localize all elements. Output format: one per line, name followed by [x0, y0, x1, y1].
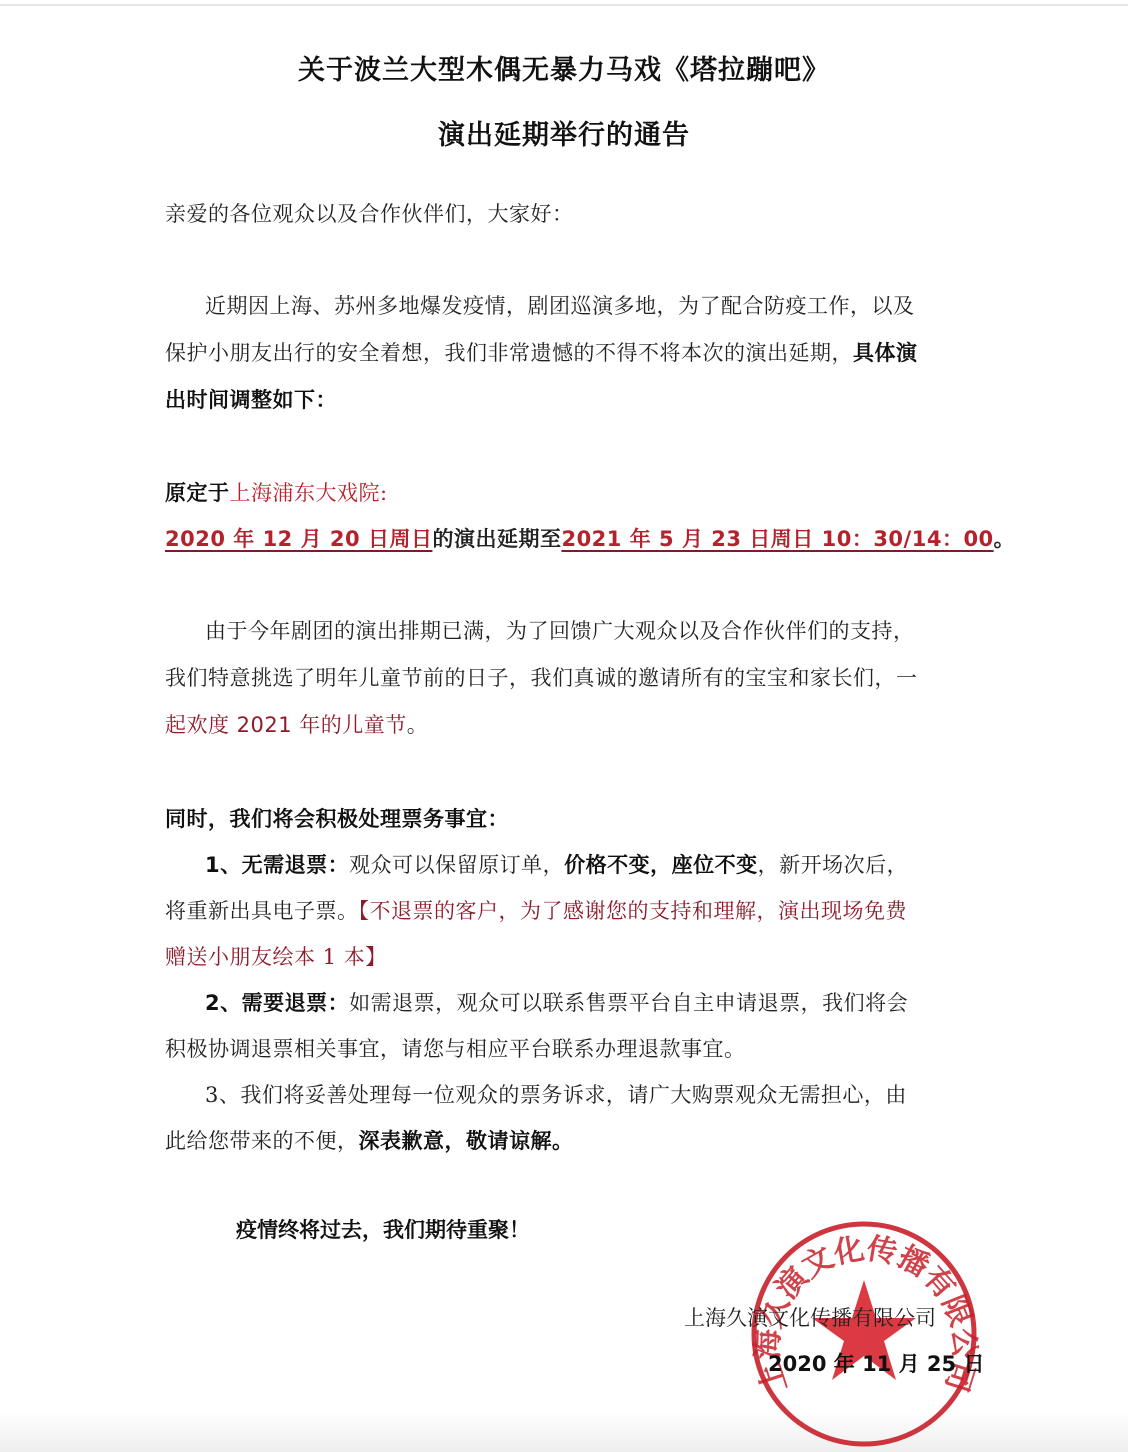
- para2-line2: 我们特意挑选了明年儿童节前的日子，我们真诚的邀请所有的宝宝和家长们，一: [165, 663, 918, 693]
- item1-label: 无需退票：: [242, 853, 350, 877]
- para2-line3-end: 。: [407, 713, 429, 737]
- item2-label: 需要退票：: [242, 991, 350, 1015]
- item1-text-a: 观众可以保留原订单，: [349, 853, 564, 877]
- item3-line1: 3、我们将妥善处理每一位观众的票务诉求，请广大购票观众无需担心，由: [205, 1080, 907, 1110]
- ticketing-heading: 同时，我们将会积极处理票务事宜：: [165, 804, 509, 834]
- schedule-label: 原定于: [165, 481, 230, 505]
- para1-line1: 近期因上海、苏州多地爆发疫情，剧团巡演多地，为了配合防疫工作，以及: [205, 291, 915, 321]
- item3-line2-bold: 深表歉意，敬请谅解。: [359, 1129, 574, 1153]
- para1-line3: 出时间调整如下：: [165, 385, 337, 415]
- item1-line3: 赠送小朋友绘本 1 本】: [165, 942, 387, 972]
- original-date: 2020 年 12 月 20 日周日: [165, 527, 432, 551]
- schedule-venue-line: 原定于上海浦东大戏院:: [165, 478, 388, 508]
- para1-line2-text: 保护小朋友出行的安全着想，我们非常遗憾的不得不将本次的演出延期，: [165, 341, 853, 365]
- item2-line1: 2、需要退票：如需退票，观众可以联系售票平台自主申请退票，我们将会: [205, 988, 908, 1018]
- item1-line2-red: 【不退票的客户，为了感谢您的支持和理解，演出现场免费: [359, 899, 908, 923]
- para2-line3: 起欢度 2021 年的儿童节。: [165, 710, 428, 740]
- item1-number: 1、: [205, 853, 242, 877]
- red-star-seal-icon: 上海久演文化传播有限公司: [748, 1218, 980, 1450]
- item1-line1: 1、无需退票：观众可以保留原订单，价格不变，座位不变，新开场次后，: [205, 850, 908, 880]
- schedule-dates-line: 2020 年 12 月 20 日周日的演出延期至2021 年 5 月 23 日周…: [165, 524, 1015, 554]
- item3-line2: 此给您带来的不便，深表歉意，敬请谅解。: [165, 1126, 574, 1156]
- item1-bold-a: 价格不变，座位不变: [564, 853, 758, 877]
- title-line-2: 演出延期举行的通告: [0, 113, 1128, 152]
- para1-line2: 保护小朋友出行的安全着想，我们非常遗憾的不得不将本次的演出延期，具体演: [165, 338, 918, 368]
- item2-number: 2、: [205, 991, 242, 1015]
- item1-text-b: ，新开场次后，: [758, 853, 909, 877]
- schedule-middle: 的演出延期至: [432, 527, 561, 551]
- signature-company: 上海久演文化传播有限公司: [684, 1302, 936, 1332]
- item1-line2-text: 将重新出具电子票。: [165, 899, 359, 923]
- schedule-end: 。: [994, 527, 1016, 551]
- item3-line2-text: 此给您带来的不便，: [165, 1129, 359, 1153]
- greeting: 亲爱的各位观众以及合作伙伴们，大家好：: [165, 199, 574, 229]
- schedule-venue: 上海浦东大戏院:: [230, 481, 388, 505]
- para1-line2-bold: 具体演: [853, 341, 918, 365]
- para2-line3-red: 起欢度 2021 年的儿童节: [165, 713, 407, 737]
- item1-line2: 将重新出具电子票。【不退票的客户，为了感谢您的支持和理解，演出现场免费: [165, 896, 907, 926]
- closing-line: 疫情终将过去，我们期待重聚！: [236, 1214, 530, 1244]
- notice-document: 关于波兰大型木偶无暴力马戏《塔拉蹦吧》 演出延期举行的通告 亲爱的各位观众以及合…: [0, 0, 1128, 1452]
- item2-text-a: 如需退票，观众可以联系售票平台自主申请退票，我们将会: [349, 991, 908, 1015]
- para2-line1: 由于今年剧团的演出排期已满，为了回馈广大观众以及合作伙伴们的支持，: [205, 616, 915, 646]
- signature-date: 2020 年 11 月 25 日: [768, 1348, 984, 1378]
- new-date: 2021 年 5 月 23 日周日 10：30/14：00: [561, 527, 993, 551]
- item2-line2: 积极协调退票相关事宜，请您与相应平台联系办理退款事宜。: [165, 1034, 746, 1064]
- title-line-1: 关于波兰大型木偶无暴力马戏《塔拉蹦吧》: [0, 48, 1128, 87]
